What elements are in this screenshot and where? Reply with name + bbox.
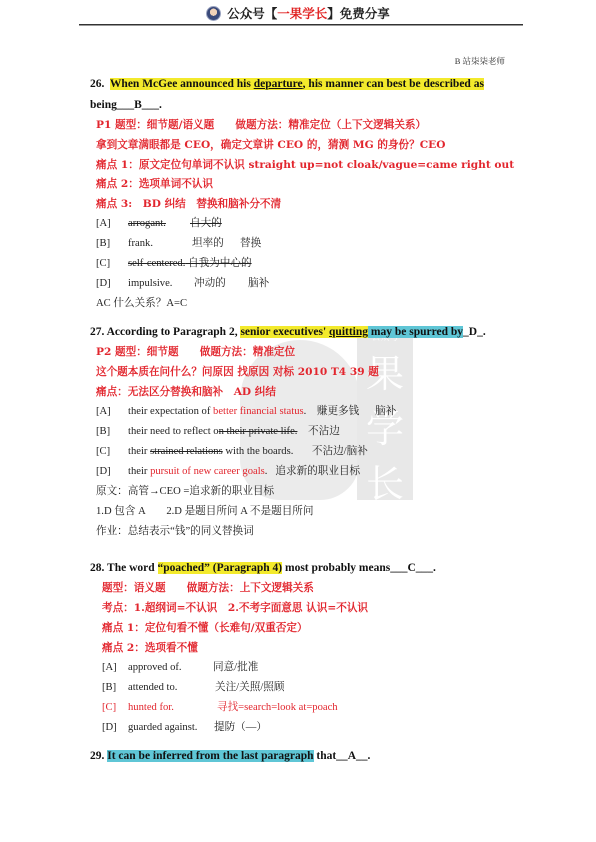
- option-d: [D]their pursuit of new career goals. 追求…: [96, 465, 360, 479]
- header-divider: [79, 24, 523, 26]
- option-b: [B]attended to.关注/关照/照顾: [102, 681, 284, 695]
- highlight: When McGee announced his departure, his …: [110, 78, 484, 90]
- note: 痛点 2：选项看不懂: [102, 641, 198, 655]
- option-d: [D]guarded against.提防（—）: [102, 721, 267, 735]
- banner-suffix: 】免费分享: [327, 4, 390, 22]
- q27-footer: 原文：高管→CEO =追求新的职业目标: [96, 485, 274, 499]
- note: 痛点 3: BD 纠结 替换和脑补分不清: [96, 197, 281, 211]
- question-29-stem: 29. It can be inferred from the last par…: [90, 749, 370, 763]
- q26-footer: AC 什么关系？A=C: [96, 297, 187, 311]
- answer: C: [407, 562, 415, 574]
- note: 痛点 1：原文定位句单词不认识 straight up=not cloak/va…: [96, 158, 514, 172]
- option-a: [A]arrogant.自大的: [96, 217, 222, 231]
- option-c: [C]their strained relations with the boa…: [96, 445, 368, 459]
- banner-prefix: 公众号【: [227, 4, 277, 22]
- banner-brand: 一果学长: [277, 4, 327, 22]
- author-credit: B 站柒柒老师: [455, 55, 505, 67]
- option-b: [B]frank.坦率的替换: [96, 237, 261, 251]
- note: P2 题型：细节题 做题方法：精准定位: [96, 345, 295, 359]
- answer: B: [134, 99, 142, 111]
- source-banner: 公众号【一果学长】免费分享: [0, 0, 596, 26]
- note: 拿到文章满眼都是 CEO，确定文章讲 CEO 的，猜测 MG 的身份？CEO: [96, 138, 445, 152]
- note: 痛点 1：定位句看不懂（长难句/双重否定）: [102, 621, 308, 635]
- option-a: [A]their expectation of better financial…: [96, 405, 396, 419]
- option-d: [D]impulsive.冲动的脑补: [96, 277, 269, 291]
- option-a: [A]approved of.同意/批准: [102, 661, 258, 675]
- note: 痛点 2：选项单词不认识: [96, 177, 213, 191]
- option-c: [C]self-centered. 自我为中心的: [96, 257, 252, 271]
- question-26-stem-line1: 26. When McGee announced his departure, …: [90, 77, 484, 91]
- note: 考点：1.超纲词=不认识 2.不考字面意思 认识=不认识: [102, 601, 368, 615]
- avatar-icon: [206, 6, 221, 21]
- question-28-stem: 28. The word “poached” (Paragraph 4) mos…: [90, 561, 436, 575]
- question-27-stem: 27. According to Paragraph 2, senior exe…: [90, 325, 486, 339]
- option-c: [C]hunted for.寻找=search=look at=poach: [102, 701, 338, 715]
- note: 这个题本质在问什么？问原因 找原因 对标 2010 T4 39 题: [96, 365, 379, 379]
- option-b: [B]their need to reflect on their privat…: [96, 425, 340, 439]
- note: P1 题型：细节题/语义题 做题方法：精准定位（上下文逻辑关系）: [96, 118, 426, 132]
- answer: A: [348, 750, 356, 762]
- note: 痛点：无法区分替换和脑补 AD 纠结: [96, 385, 276, 399]
- q27-footer: 作业：总结表示“钱”的同义替换词: [96, 525, 254, 539]
- q27-footer: 1.D 包含 A 2.D 是题目所问 A 不是题目所问: [96, 505, 313, 519]
- question-26-stem-line2: being___B___.: [90, 98, 162, 112]
- note: 题型：语义题 做题方法：上下文逻辑关系: [102, 581, 314, 595]
